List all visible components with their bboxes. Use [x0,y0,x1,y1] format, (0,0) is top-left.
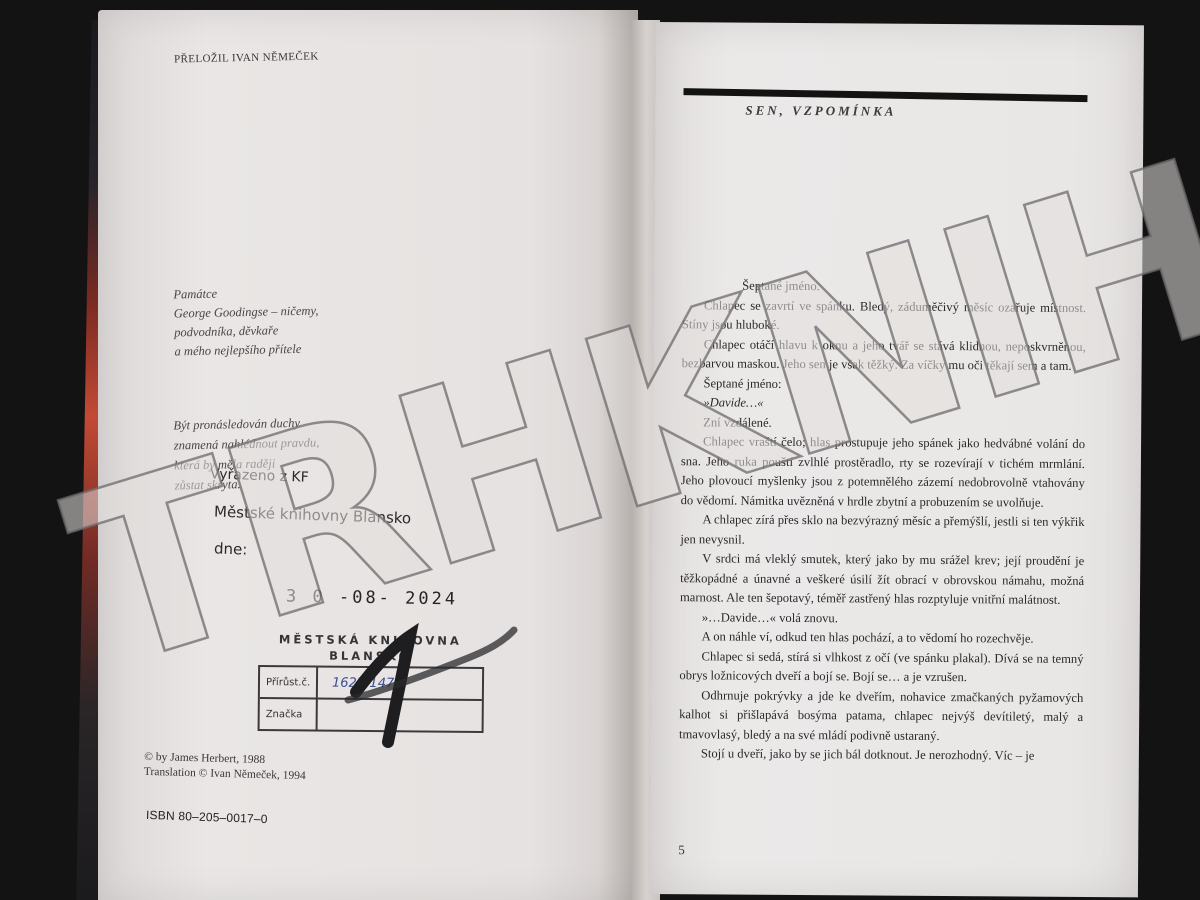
body-paragraph: Odhrnuje pokrývky a jde ke dveřím, nohav… [679,686,1083,747]
dedication-line: a mého nejlepšího přítele [174,339,319,361]
stamp-row-label: Značka [260,699,318,730]
isbn: ISBN 80–205–0017–0 [146,808,268,826]
body-paragraph: Šeptané jméno. [682,276,1086,298]
book-photo: PŘELOŽIL IVAN NĚMEČEK Památce George Goo… [0,0,1200,900]
body-paragraph: A on náhle ví, odkud ten hlas pochází, a… [680,627,1084,649]
dedication: Památce George Goodingse – ničemy, podvo… [173,282,319,361]
body-paragraph: Stojí u dveří, jako by se jich bál dotkn… [679,744,1083,766]
discard-stamp-line: Městské knihovny Blansko [214,503,412,528]
left-page: PŘELOŽIL IVAN NĚMEČEK Památce George Goo… [98,10,638,900]
chapter-rule [683,88,1087,102]
discard-date-stamp: 3 0 -08- 2024 [286,587,458,610]
chapter-body: Šeptané jméno.Chlapec se zavrtí ve spánk… [679,276,1086,766]
body-paragraph: Chlapec si sedá, stírá si vlhkost z očí … [679,647,1083,689]
page-number: 5 [678,842,685,858]
body-paragraph: Chlapec se zavrtí ve spánku. Bledý, zádu… [682,296,1086,338]
body-paragraph: Chlapec vraští čelo; hlas prostupuje jeh… [681,432,1086,513]
translator-credit: PŘELOŽIL IVAN NĚMEČEK [174,50,319,65]
copyright-line: Translation © Ivan Němeček, 1994 [144,765,306,784]
stamp-row-label: Přírůst.č. [260,667,318,698]
marker-scribble-icon [318,622,518,752]
body-paragraph: Chlapec otáčí hlavu k oknu a jeho tvář s… [682,335,1086,377]
body-paragraph: V srdci má vleklý smutek, který jako by … [680,549,1084,610]
body-paragraph: »Davide…« [681,393,1085,415]
copyright: © by James Herbert, 1988 Translation © I… [144,750,307,784]
discard-stamp-line: Vyřazeno z KF [210,466,309,485]
chapter-title: SEN, VZPOMÍNKA [745,103,896,120]
discard-stamp-line: dne: [214,539,248,558]
epigraph-line: znamená nahlédnout pravdu, [174,432,320,455]
dedication-line: George Goodingse – ničemy, [174,301,319,323]
body-paragraph: A chlapec zírá přes sklo na bezvýrazný m… [680,510,1084,552]
right-page: SEN, VZPOMÍNKA Šeptané jméno.Chlapec se … [650,22,1144,897]
